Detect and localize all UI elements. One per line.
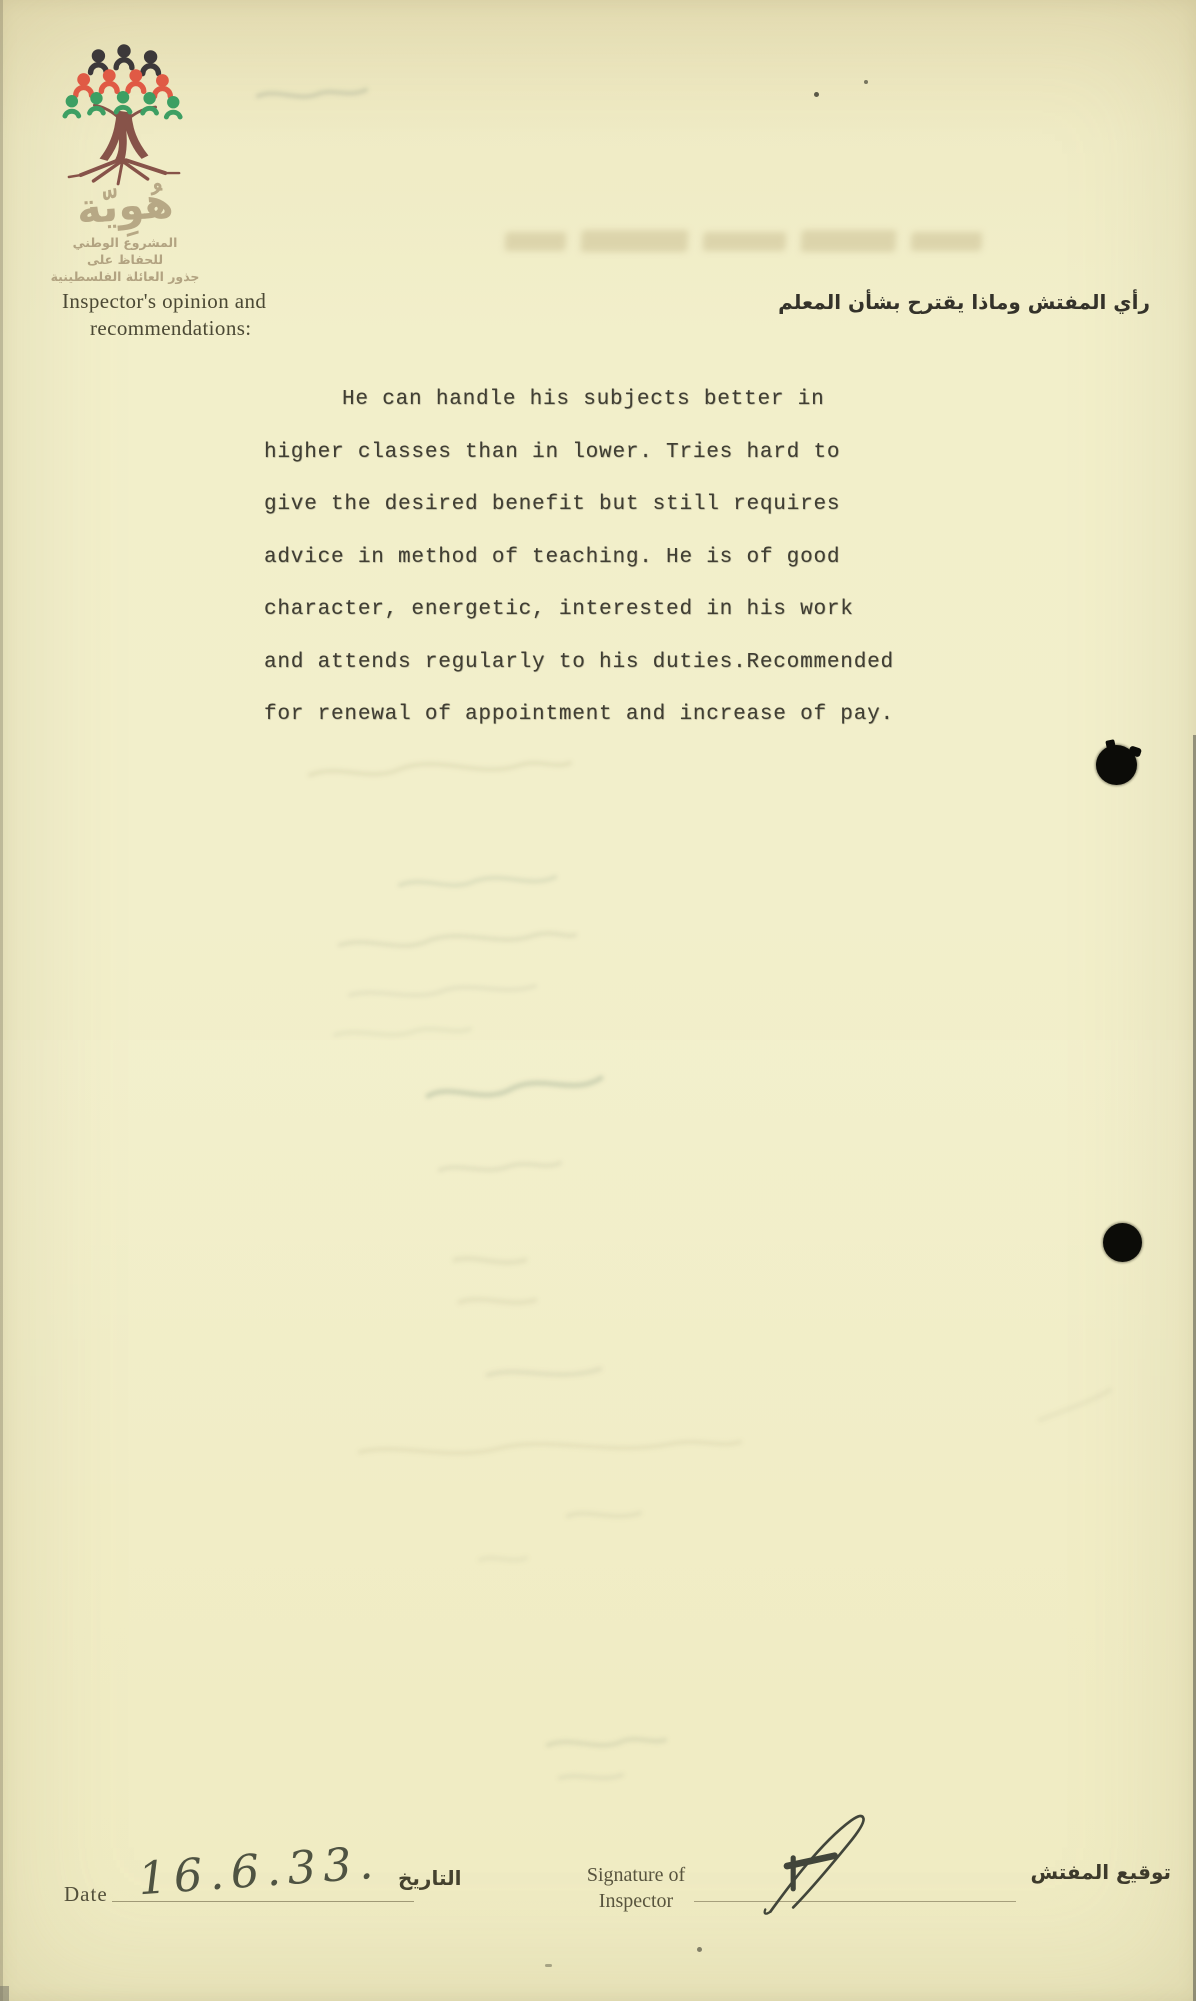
typed-line: for renewal of appointment and increase …	[264, 689, 944, 742]
typed-line: advice in method of teaching. He is of g…	[264, 532, 944, 585]
scan-speck	[864, 80, 868, 84]
logo-org-line1: المشروع الوطني للحفاظ على	[50, 234, 200, 268]
typed-line: higher classes than in lower. Tries hard…	[264, 427, 944, 480]
scan-tone-band-mid	[0, 1040, 1196, 1560]
date-label-arabic: التاريخ	[398, 1866, 461, 1890]
bleed-through-heading-artifact	[504, 224, 998, 258]
logo-org-line2: جذور العائلة الفلسطينية	[50, 268, 200, 285]
scan-speck	[814, 92, 819, 97]
archive-logo: هُوِيّة المشروع الوطني للحفاظ على جذور ا…	[50, 40, 200, 285]
typed-report-paragraph: He can handle his subjects better in hig…	[264, 374, 944, 742]
punch-hole-mark-lower	[1103, 1223, 1142, 1262]
signature-label-line1: Signature of	[566, 1862, 706, 1888]
typed-line: character, energetic, interested in his …	[264, 584, 944, 637]
handwritten-date: 16.6.33.	[136, 1836, 381, 1906]
scan-speck	[697, 1947, 702, 1952]
typed-line: give the desired benefit but still requi…	[264, 479, 944, 532]
inspector-signature-mark	[756, 1812, 880, 1916]
inspector-opinion-label-arabic: رأي المفتش وماذا يقترح بشأن المعلم	[778, 290, 1150, 314]
inspector-opinion-label-line1: Inspector's opinion and	[62, 288, 266, 315]
inspector-opinion-label-line2: recommendations:	[62, 315, 266, 342]
scanned-document-page: هُوِيّة المشروع الوطني للحفاظ على جذور ا…	[0, 0, 1196, 2001]
signature-of-inspector-label: Signature of Inspector	[566, 1862, 706, 1914]
inspector-opinion-label: Inspector's opinion and recommendations:	[62, 288, 266, 342]
scan-edge-corner	[0, 1986, 9, 2001]
signature-label-arabic: توقيع المفتش	[1030, 1860, 1171, 1884]
typed-line: He can handle his subjects better in	[264, 374, 944, 427]
punch-hole-mark-upper	[1096, 745, 1137, 785]
logo-calligraphy-huwiyya: هُوِيّة	[49, 177, 202, 235]
signature-label-line2: Inspector	[566, 1888, 706, 1914]
date-label: Date	[64, 1882, 108, 1907]
family-tree-logo-icon	[61, 40, 189, 188]
typed-line: and attends regularly to his duties.Reco…	[264, 637, 944, 690]
logo-org-name: المشروع الوطني للحفاظ على جذور العائلة ا…	[50, 234, 200, 285]
people-row-dark	[91, 45, 159, 74]
scan-edge-left	[0, 0, 3, 2001]
scan-speck	[545, 1964, 552, 1967]
